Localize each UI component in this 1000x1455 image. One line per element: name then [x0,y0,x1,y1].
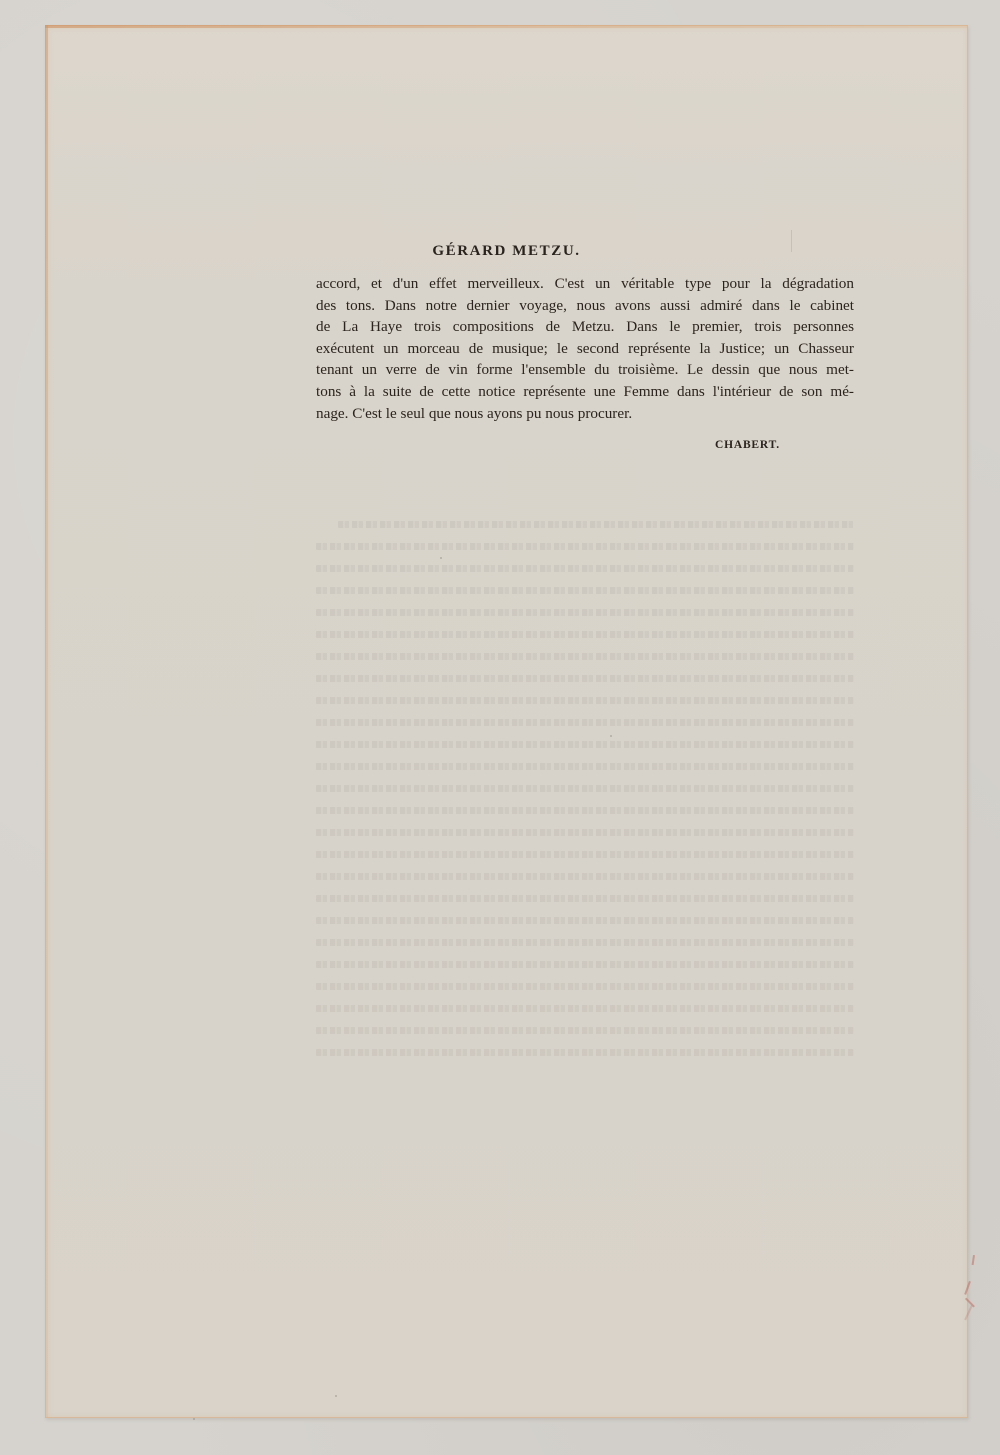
paragraph-line: tons à la suite de cette notice représen… [316,381,854,403]
author-signature: CHABERT. [715,439,780,451]
torn-edge-mark [965,1255,977,1335]
paragraph-line: de La Haye trois compositions de Metzu. … [316,316,854,338]
paper-speck [610,735,612,737]
paragraph-line: tenant un verre de vin forme l'ensemble … [316,359,854,381]
paragraph-line: exécutent un morceau de musique; le seco… [316,338,854,360]
paper-speck [440,557,442,559]
body-paragraph: accord, et d'un effet merveilleux. C'est… [316,273,854,424]
page-heading: GÉRARD METZU. [45,243,968,260]
paragraph-line: nage. C'est le seul que nous ayons pu no… [316,403,854,425]
paragraph-line: des tons. Dans notre dernier voyage, nou… [316,295,854,317]
paper-crease [791,230,792,252]
show-through-text [316,513,854,1063]
paragraph-line: accord, et d'un effet merveilleux. C'est… [316,273,854,295]
paper-speck [193,1418,195,1420]
paper-speck [335,1395,337,1397]
paper-page: GÉRARD METZU. accord, et d'un effet merv… [45,25,968,1418]
